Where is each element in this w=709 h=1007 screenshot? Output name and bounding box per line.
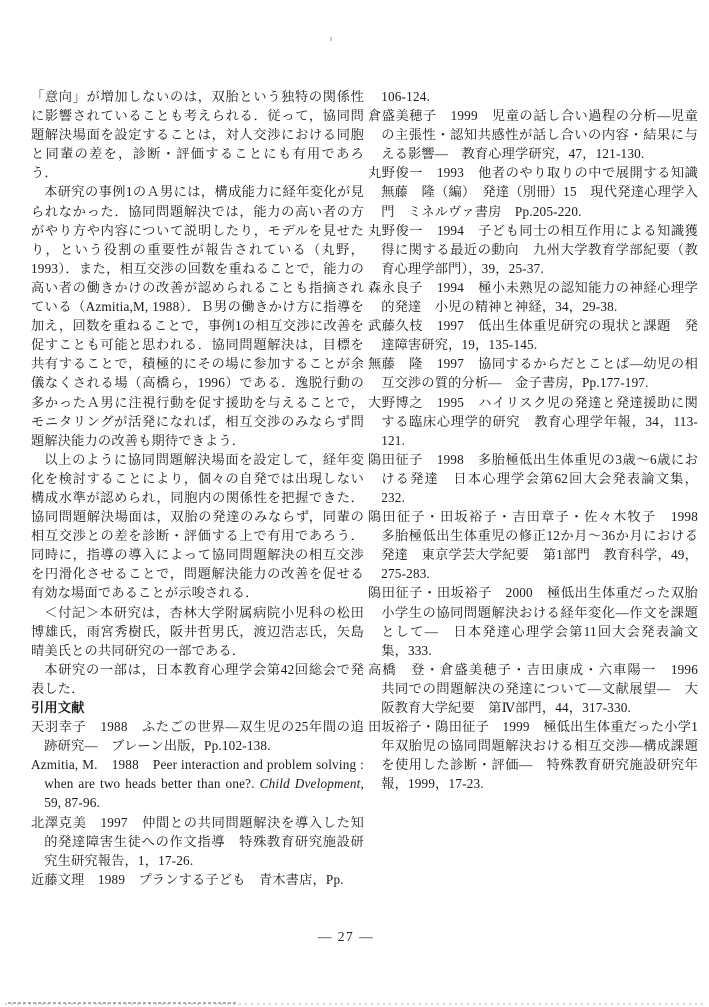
right-column: 106-124. 倉盛美穂子 1999 児童の話し合い過程の分析―児童の主張性・…	[368, 87, 698, 793]
reference-entry: 倉盛美穂子 1999 児童の話し合い過程の分析―児童の主張性・認知共感性が話し合…	[368, 106, 698, 163]
reference-entry: 隝田征子・田坂裕子 2000 極低出生体重だった双胎小学生の協同問題解決おける経…	[368, 583, 698, 659]
body-paragraph: 「意向」が増加しないのは，双胎という独特の関係性に影響されていることも考えられる…	[31, 87, 364, 182]
reference-journal-italic: Child Dvelopment	[260, 776, 361, 791]
reference-entry: 天羽幸子 1988 ふたごの世界―双生児の25年間の追跡研究― ブレーン出版，P…	[31, 717, 364, 755]
reference-entry: 丸野俊一 1993 他者のやり取りの中で展開する知識 無藤 隆（編） 発達（別冊…	[368, 163, 698, 220]
left-column: 「意向」が増加しないのは，双胎という独特の関係性に影響されていることも考えられる…	[31, 87, 364, 889]
appendix-note-paragraph: ＜付記＞本研究は，杏林大学附属病院小児科の松田博雄氏，雨宮秀樹氏，阪井哲男氏，渡…	[31, 603, 364, 660]
body-paragraph: 本研究の事例1のＡ男には，構成能力に経年変化が見られなかった．協同問題解決では，…	[31, 182, 364, 449]
reference-entry: 大野博之 1995 ハイリスク児の発達と発達援助に関する臨床心理学的研究 教育心…	[368, 393, 698, 450]
reference-entry: 田坂裕子・隝田征子 1999 極低出生体重だった小学1年双胎児の協同問題解決おけ…	[368, 717, 698, 793]
scanned-paper-page: 「意向」が増加しないのは，双胎という独特の関係性に影響されていることも考えられる…	[0, 0, 709, 1007]
references-heading: 引用文献	[31, 698, 364, 717]
reference-entry: 森永良子 1994 極小未熟児の認知能力の神経心理学的発達 小児の精神と神経，3…	[368, 278, 698, 316]
reference-entry: 武藤久枝 1997 低出生体重児研究の現状と課題 発達障害研究，19，135-1…	[368, 316, 698, 354]
body-paragraph: 以上のように協同問題解決場面を設定して，経年変化を検討することにより，個々の自発…	[31, 450, 364, 603]
reference-entry: 高橋 登・倉盛美穂子・吉田康成・六車陽一 1996 共同での問題解決の発達につい…	[368, 660, 698, 717]
reference-entry: 近藤文理 1989 プランする子ども 青木書店，Pp.	[31, 870, 364, 889]
body-paragraph: 本研究の一部は，日本教育心理学会第42回総会で発表した．	[31, 660, 364, 698]
reference-entry: 北澤克美 1997 仲間との共同問題解決を導入した知的発達障害生徒への作文指導 …	[31, 813, 364, 870]
reference-entry: 隝田征子・田坂裕子・吉田章子・佐々木牧子 1998 多胎極低出生体重児の修正12…	[368, 507, 698, 583]
reference-continuation-line: 106-124.	[368, 87, 698, 106]
reference-entry: Azmitia, M. 1988 Peer interaction and pr…	[31, 755, 364, 812]
scan-speck	[693, 529, 696, 532]
page-number: — 27 —	[0, 929, 692, 945]
scan-speck	[330, 37, 332, 41]
reference-entry: 隝田征子 1998 多胎極低出生体重児の3歳〜6歳における発達 日本心理学会第6…	[368, 450, 698, 507]
reference-entry: 丸野俊一 1994 子ども同士の相互作用による知識獲得に関する最近の動向 九州大…	[368, 221, 698, 278]
scan-noise-line	[8, 1002, 238, 1004]
reference-entry: 無藤 隆 1997 協同するからだとことば―幼児の相互交渉の質的分析― 金子書房…	[368, 354, 698, 392]
